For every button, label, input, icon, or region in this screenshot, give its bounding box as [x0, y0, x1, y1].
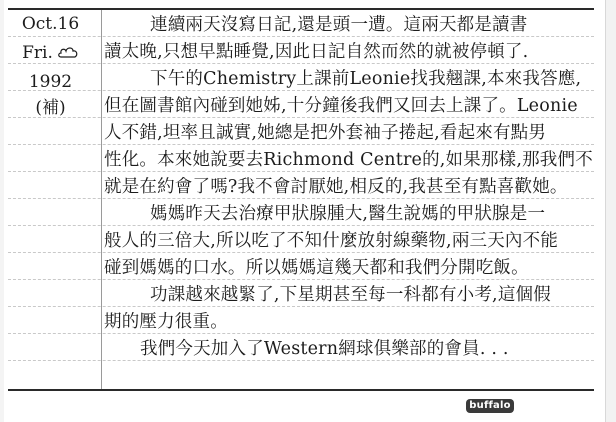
- entry-line: 我們今天加入了Western網球俱樂部的會員. . .: [104, 338, 509, 360]
- diary-page: Oct.16 Fri. 1992 (補) 連續兩天沒寫日記,還是頭一遭。這兩天都…: [0, 0, 606, 422]
- entry-line: 下午的Chemistry上課前Leonie找我翹課,本來我答應,: [104, 68, 581, 90]
- bottom-rule: [8, 389, 594, 391]
- ruled-line: [8, 144, 594, 145]
- cloud-icon: [57, 44, 79, 64]
- ruled-line: [8, 36, 594, 37]
- date-year: 1992: [0, 72, 101, 92]
- date-note: (補): [0, 98, 101, 118]
- buffalo-watermark: buffalo: [466, 399, 514, 413]
- ruled-line: [8, 198, 594, 199]
- ruled-line: [8, 360, 594, 361]
- ruled-line: [8, 279, 594, 280]
- ruled-line: [8, 306, 594, 307]
- date-weekday-weather: Fri.: [0, 43, 101, 64]
- ruled-line: [8, 333, 594, 334]
- entry-line: 讀太晚,只想早點睡覺,因此日記自然而然的就被停頓了.: [104, 41, 528, 63]
- entry-line: 人不錯,坦率且誠實,她總是把外套袖子捲起,看起來有點男: [104, 122, 546, 144]
- date-weekday: Fri.: [22, 43, 53, 63]
- entry-line: 性化。本來她說要去Richmond Centre的,如果那樣,那我們不: [104, 149, 593, 171]
- date-month-day: Oct.16: [0, 14, 101, 34]
- entry-line: 功課越來越緊了,下星期甚至每一科都有小考,這個假: [104, 284, 551, 306]
- ruled-line: [8, 252, 594, 253]
- entry-line: 但在圖書館內碰到她姊,十分鐘後我們又回去上課了。Leonie: [104, 95, 578, 117]
- entry-line: 連續兩天沒寫日記,還是頭一遭。這兩天都是讀書: [104, 14, 527, 36]
- entry-line: 碰到媽媽的口水。所以媽媽這幾天都和我們分開吃飯。: [104, 257, 529, 279]
- entry-line: 就是在約會了嗎?我不會討厭她,相反的,我甚至有點喜歡她。: [104, 176, 568, 198]
- ruled-line: [8, 171, 594, 172]
- entry-line: 期的壓力很重。: [104, 311, 228, 333]
- top-rule: [8, 8, 594, 10]
- entry-line: 媽媽昨天去治療甲狀腺腫大,醫生說媽的甲狀腺是一: [104, 203, 545, 225]
- entry-line: 般人的三倍大,所以吃了不知什麼放射線藥物,兩三天內不能: [104, 230, 558, 252]
- page-right-edge: [605, 0, 616, 422]
- ruled-line: [8, 225, 594, 226]
